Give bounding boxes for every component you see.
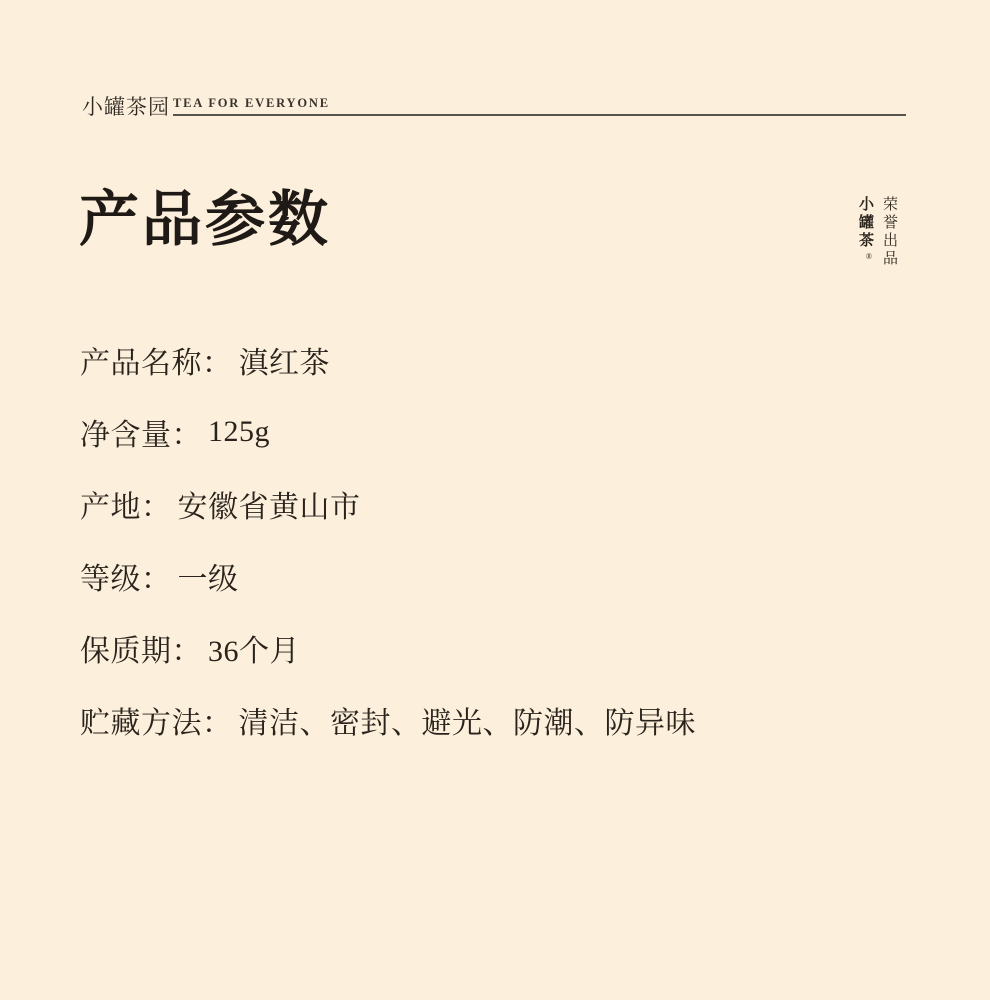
spec-label: 产品名称 — [80, 338, 202, 382]
product-parameters-page: 小罐茶园 TEA FOR EVERYONE 产品参数 小罐茶 ® 荣誉出品 产品… — [0, 0, 990, 1000]
spec-value: 滇红茶 — [239, 338, 331, 382]
page-title: 产品参数 — [79, 186, 331, 255]
spec-value: 安徽省黄山市 — [178, 482, 361, 526]
spec-value: 36个月 — [208, 626, 300, 670]
spec-row-product-name: 产品名称：滇红茶 — [80, 324, 696, 396]
spec-label: 保质期 — [80, 626, 172, 670]
spec-row-net-content: 净含量：125g — [80, 396, 696, 468]
registered-trademark-symbol: ® — [866, 253, 872, 261]
spec-separator: ： — [141, 482, 172, 526]
spec-label: 净含量 — [80, 410, 172, 454]
spec-row-storage-method: 贮藏方法：清洁、密封、避光、防潮、防异味 — [80, 684, 696, 756]
brand-slogan: TEA FOR EVERYONE — [173, 96, 330, 111]
spec-separator: ： — [202, 338, 233, 382]
spec-value: 一级 — [178, 554, 239, 598]
header-divider-line — [173, 114, 906, 116]
spec-value: 清洁、密封、避光、防潮、防异味 — [239, 698, 697, 742]
spec-label: 产地 — [80, 482, 141, 526]
spec-separator: ： — [202, 698, 233, 742]
stamp-brand-text: 小罐茶 — [857, 196, 872, 250]
spec-separator: ： — [172, 626, 203, 670]
brand-name-cn: 小罐茶园 — [82, 91, 170, 121]
brand-stamp: 小罐茶 ® 荣誉出品 — [857, 196, 896, 273]
spec-list: 产品名称：滇红茶 净含量：125g 产地：安徽省黄山市 等级：一级 保质期：36… — [80, 324, 696, 756]
spec-row-origin: 产地：安徽省黄山市 — [80, 468, 696, 540]
spec-separator: ： — [172, 410, 203, 454]
spec-label: 贮藏方法 — [80, 698, 202, 742]
spec-separator: ： — [141, 554, 172, 598]
stamp-producer-text: 荣誉出品 — [881, 196, 896, 268]
spec-value: 125g — [208, 415, 270, 449]
spec-label: 等级 — [80, 554, 141, 598]
stamp-brand-column: 小罐茶 ® — [857, 196, 872, 273]
stamp-producer-column: 荣誉出品 — [881, 196, 896, 273]
spec-row-grade: 等级：一级 — [80, 540, 696, 612]
spec-row-shelf-life: 保质期：36个月 — [80, 612, 696, 684]
